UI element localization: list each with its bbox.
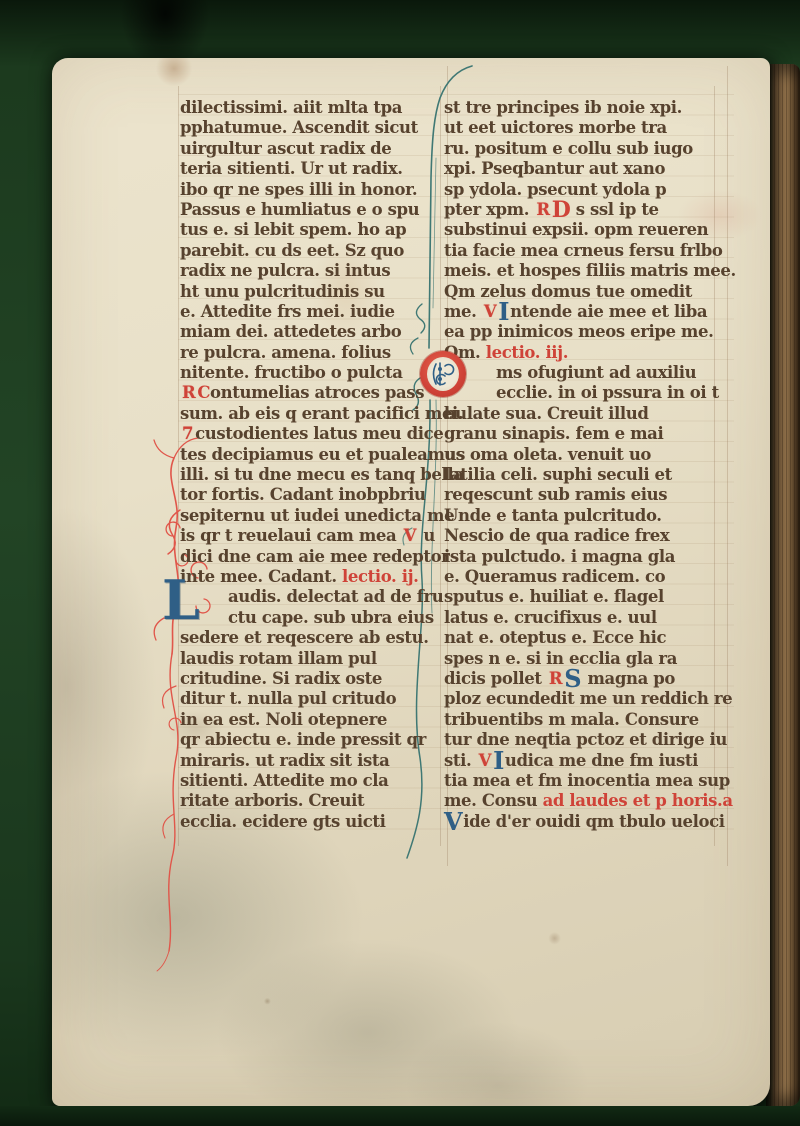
manuscript-page: dilectissimi. aiit mlta tpapphatumue. As… — [52, 58, 770, 1106]
text-line: illi. si tu dne mecu es tanq bella — [180, 465, 442, 485]
photo-background: dilectissimi. aiit mlta tpapphatumue. As… — [0, 0, 800, 1126]
decorated-segment: V — [444, 807, 463, 836]
text-segment: st tre principes ib noie xpi. — [444, 98, 682, 117]
text-line: pter xpm. RD s ssl ip te — [444, 200, 724, 220]
text-segment: nat e. oteptus e. Ecce hic — [444, 628, 666, 647]
text-line: sepiternu ut iudei unedicta me — [180, 506, 442, 526]
text-column-left: dilectissimi. aiit mlta tpapphatumue. As… — [180, 98, 442, 832]
text-segment: in ea est. Noli otepnere — [180, 710, 387, 729]
text-line: radix ne pulcra. si intus — [180, 261, 442, 281]
text-segment: uirgultur ascut radix de — [180, 139, 391, 158]
decorated-segment: V — [482, 302, 498, 321]
decorated-segment: lectio. ij. — [342, 567, 419, 586]
text-segment: udica me dne fm iusti — [505, 751, 698, 770]
text-line: laudis rotam illam pul — [180, 649, 442, 669]
text-line: ht unu pulcritudinis su — [180, 282, 442, 302]
text-line: e. Queramus radicem. co — [444, 567, 724, 587]
text-segment: ms ofugiunt ad auxiliu — [496, 363, 696, 382]
text-line: us oma oleta. venuit uo — [444, 445, 724, 465]
text-line: ea pp inimicos meos eripe me. — [444, 322, 724, 342]
text-segment: ontumelias atroces pass — [210, 383, 424, 402]
text-segment: sti. — [444, 751, 477, 770]
text-segment: ea pp inimicos meos eripe me. — [444, 322, 713, 341]
text-segment: reqescunt sub ramis eius — [444, 485, 667, 504]
text-line: sp ydola. psecunt ydola p — [444, 180, 724, 200]
decorated-segment: V — [477, 751, 493, 770]
text-segment: granu sinapis. fem e mai — [444, 424, 663, 443]
text-line: tus e. si lebit spem. ho ap — [180, 220, 442, 240]
text-line: xpi. Pseqbantur aut xano — [444, 159, 724, 179]
text-segment: ista pulctudo. i magna gla — [444, 547, 675, 566]
text-segment: pphatumue. Ascendit sicut — [180, 118, 418, 137]
text-line: ecclie. in oi pssura in oi t — [444, 383, 724, 403]
text-column-right: st tre principes ib noie xpi.ut eet uict… — [444, 98, 724, 832]
text-segment: miam dei. attedetes arbo — [180, 322, 401, 341]
text-segment: s ssl ip te — [570, 200, 658, 219]
text-line: qr abiectu e. inde pressit qr — [180, 730, 442, 750]
text-line: sum. ab eis q erant pacifici mei. — [180, 404, 442, 424]
text-line: ritate arboris. Creuit — [180, 791, 442, 811]
text-line: reqescunt sub ramis eius — [444, 485, 724, 505]
text-line: miraris. ut radix sit ista — [180, 751, 442, 771]
text-line: pphatumue. Ascendit sicut — [180, 118, 442, 138]
text-line: dicis pollet RS magna po — [444, 669, 724, 689]
text-segment: tus e. si lebit spem. ho ap — [180, 220, 406, 239]
text-line: 7custodientes latus meu dice — [180, 424, 442, 444]
text-segment: Qm zelus domus tue omedit — [444, 282, 692, 301]
text-line: ru. positum e collu sub iugo — [444, 139, 724, 159]
text-line: dilectissimi. aiit mlta tpa — [180, 98, 442, 118]
text-segment: latus e. crucifixus e. uul — [444, 608, 657, 627]
text-line: me. Consu ad laudes et p horis.a — [444, 791, 724, 811]
text-segment: dici dne cam aie mee redeptor — [180, 547, 449, 566]
text-segment: parebit. cu ds eet. Sz quo — [180, 241, 404, 260]
decorated-segment: 7 — [180, 424, 195, 443]
text-line: tia mea et fm inocentia mea sup — [444, 771, 724, 791]
text-segment: ritate arboris. Creuit — [180, 791, 364, 810]
text-segment: critudine. Si radix oste — [180, 669, 382, 688]
text-segment: sedere et reqescere ab estu. — [180, 628, 429, 647]
text-segment: ide d'er ouidi qm tbulo ueloci — [463, 812, 724, 831]
text-segment: qr abiectu e. inde pressit qr — [180, 730, 426, 749]
text-line: critudine. Si radix oste — [180, 669, 442, 689]
text-line: tes decipiamus eu et pualeamus — [180, 445, 442, 465]
text-line: is qr t reuelaui cam mea V u — [180, 526, 442, 546]
text-line: nitente. fructibo o pulcta — [180, 363, 442, 383]
text-line: ditur t. nulla pul critudo — [180, 689, 442, 709]
text-line: Unde e tanta pulcritudo. — [444, 506, 724, 526]
text-line: st tre principes ib noie xpi. — [444, 98, 724, 118]
decorated-segment: V — [402, 526, 418, 545]
text-line: spes n e. si in ecclia gla ra — [444, 649, 724, 669]
text-segment: sputus e. huiliat e. flagel — [444, 587, 664, 606]
text-line: tur dne neqtia pctoz et dirige iu — [444, 730, 724, 750]
text-line: sputus e. huiliat e. flagel — [444, 587, 724, 607]
decorated-segment: R — [547, 669, 564, 688]
text-line: Nescio de qua radice frex — [444, 526, 724, 546]
decorated-segment: ad laudes et p horis.a — [543, 791, 733, 810]
text-segment: sp ydola. psecunt ydola p — [444, 180, 666, 199]
text-line: re pulcra. amena. folius — [180, 343, 442, 363]
text-segment: sum. ab eis q erant pacifici mei. — [180, 404, 463, 423]
text-segment: radix ne pulcra. si intus — [180, 261, 390, 280]
text-segment: Unde e tanta pulcritudo. — [444, 506, 662, 525]
text-segment: pter xpm. — [444, 200, 534, 219]
text-line: ut eet uictores morbe tra — [444, 118, 724, 138]
text-segment: ecclia. ecidere gts uicti — [180, 812, 385, 831]
text-line: ibo qr ne spes illi in honor. — [180, 180, 442, 200]
initial-l-dropcap: L — [162, 572, 208, 630]
text-segment: bulate sua. Creuit illud — [444, 404, 649, 423]
background-bottom-band — [0, 1106, 800, 1126]
text-line: tor fortis. Cadant inobpbriu — [180, 485, 442, 505]
text-line: tribuentibs m mala. Consure — [444, 710, 724, 730]
text-line: teria sitienti. Ur ut radix. — [180, 159, 442, 179]
text-segment: ditur t. nulla pul critudo — [180, 689, 396, 708]
text-segment: ibo qr ne spes illi in honor. — [180, 180, 417, 199]
text-line: e. Attedite frs mei. iudie — [180, 302, 442, 322]
text-segment: miraris. ut radix sit ista — [180, 751, 389, 770]
book-fore-edge — [766, 64, 800, 1106]
text-segment: tia facie mea crneus fersu frlbo — [444, 241, 722, 260]
text-line: sti. VIudica me dne fm iusti — [444, 751, 724, 771]
text-segment: magna po — [582, 669, 675, 688]
text-line: ms ofugiunt ad auxiliu — [444, 363, 724, 383]
text-segment: tia mea et fm inocentia mea sup — [444, 771, 730, 790]
text-segment: sepiternu ut iudei unedicta me — [180, 506, 454, 525]
text-segment: dicis pollet — [444, 669, 547, 688]
text-segment: illi. si tu dne mecu es tanq bella — [180, 465, 464, 484]
text-line: Vide d'er ouidi qm tbulo ueloci — [444, 812, 724, 832]
text-segment: us oma oleta. venuit uo — [444, 445, 651, 464]
text-line: nat e. oteptus e. Ecce hic — [444, 628, 724, 648]
text-line: ecclia. ecidere gts uicti — [180, 812, 442, 832]
initial-o-filigree — [427, 357, 459, 391]
text-segment: ht unu pulcritudinis su — [180, 282, 385, 301]
text-line: latilia celi. suphi seculi et — [444, 465, 724, 485]
decorated-segment: R — [180, 383, 197, 402]
text-line: dici dne cam aie mee redeptor — [180, 547, 442, 567]
text-line: ctu cape. sub ubra eius — [180, 608, 442, 628]
text-segment: Passus e humliatus e o spu — [180, 200, 419, 219]
text-line: miam dei. attedetes arbo — [180, 322, 442, 342]
text-line: parebit. cu ds eet. Sz quo — [180, 241, 442, 261]
text-line: meis. et hospes filiis matris mee. — [444, 261, 724, 281]
text-segment: audis. delectat ad de fru — [228, 587, 443, 606]
text-segment: laudis rotam illam pul — [180, 649, 377, 668]
text-line: sitienti. Attedite mo cla — [180, 771, 442, 791]
text-segment: meis. et hospes filiis matris mee. — [444, 261, 736, 280]
decorated-segment: D — [552, 197, 571, 223]
decorated-segment: C — [197, 383, 210, 402]
text-segment: spes n e. si in ecclia gla ra — [444, 649, 677, 668]
text-segment: ru. positum e collu sub iugo — [444, 139, 693, 158]
text-line: tia facie mea crneus fersu frlbo — [444, 241, 724, 261]
text-segment: e. Attedite frs mei. iudie — [180, 302, 395, 321]
text-segment: tur dne neqtia pctoz et dirige iu — [444, 730, 727, 749]
decorated-segment: R — [534, 200, 551, 219]
text-line: substinui expsii. opm reueren — [444, 220, 724, 240]
text-segment: is qr t reuelaui cam mea — [180, 526, 402, 545]
text-segment: re pulcra. amena. folius — [180, 343, 391, 362]
text-line: RContumelias atroces pass — [180, 383, 442, 403]
text-segment: ntende aie mee et liba — [510, 302, 707, 321]
text-segment: tribuentibs m mala. Consure — [444, 710, 699, 729]
text-line: latus e. crucifixus e. uul — [444, 608, 724, 628]
text-segment: dilectissimi. aiit mlta tpa — [180, 98, 402, 117]
text-segment: e. Queramus radicem. co — [444, 567, 665, 586]
text-segment: nitente. fructibo o pulcta — [180, 363, 403, 382]
vertical-ruling — [727, 66, 728, 866]
text-segment: xpi. Pseqbantur aut xano — [444, 159, 665, 178]
text-line: uirgultur ascut radix de — [180, 139, 442, 159]
vertical-ruling — [178, 86, 179, 846]
text-segment: Nescio de qua radice frex — [444, 526, 669, 545]
text-line: bulate sua. Creuit illud — [444, 404, 724, 424]
text-segment: me. — [444, 302, 482, 321]
text-segment: teria sitienti. Ur ut radix. — [180, 159, 403, 178]
text-line: granu sinapis. fem e mai — [444, 424, 724, 444]
text-segment: ut eet uictores morbe tra — [444, 118, 667, 137]
text-line: inte mee. Cadant. lectio. ij. — [180, 567, 442, 587]
text-line: Passus e humliatus e o spu — [180, 200, 442, 220]
text-line: ista pulctudo. i magna gla — [444, 547, 724, 567]
text-segment: u — [418, 526, 435, 545]
text-line: ploz ecundedit me un reddich re — [444, 689, 724, 709]
text-segment: substinui expsii. opm reueren — [444, 220, 708, 239]
text-line: Qm zelus domus tue omedit — [444, 282, 724, 302]
text-line: Qm. lectio. iij. — [444, 343, 724, 363]
initial-o-dropcap — [420, 351, 466, 397]
text-segment: latilia celi. suphi seculi et — [444, 465, 672, 484]
text-line: audis. delectat ad de fru — [180, 587, 442, 607]
text-segment: sitienti. Attedite mo cla — [180, 771, 388, 790]
text-segment: custodientes latus meu dice — [195, 424, 443, 443]
text-line: me. VIntende aie mee et liba — [444, 302, 724, 322]
text-segment: tes decipiamus eu et pualeamus — [180, 445, 465, 464]
text-segment: tor fortis. Cadant inobpbriu — [180, 485, 426, 504]
text-segment: ecclie. in oi pssura in oi t — [496, 383, 719, 402]
text-segment: ploz ecundedit me un reddich re — [444, 689, 732, 708]
text-segment: ctu cape. sub ubra eius — [228, 608, 434, 627]
text-line: sedere et reqescere ab estu. — [180, 628, 442, 648]
text-line: in ea est. Noli otepnere — [180, 710, 442, 730]
decorated-segment: lectio. iij. — [486, 343, 568, 362]
